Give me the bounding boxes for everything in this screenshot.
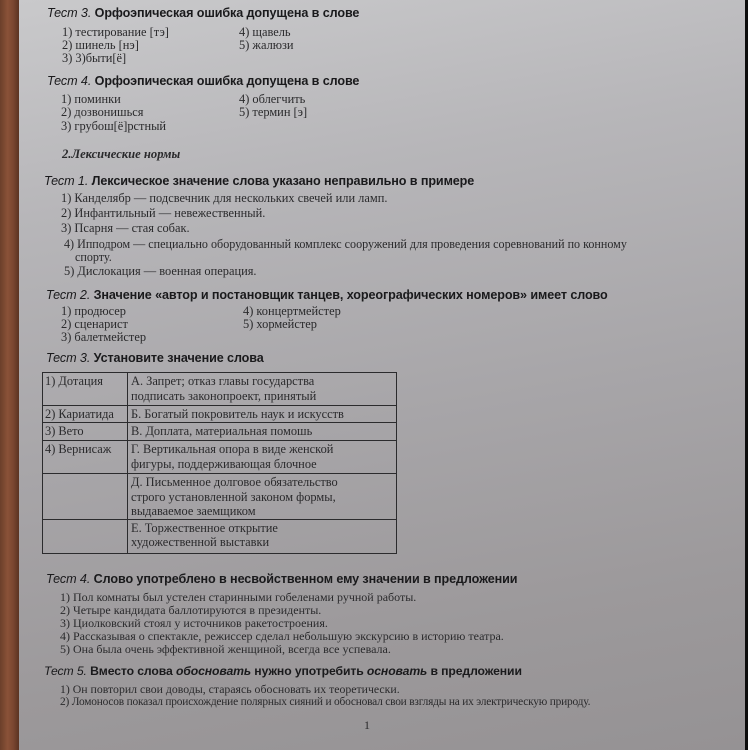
meaning-line: Б. Богатый покровитель наук и искусств bbox=[131, 407, 394, 422]
meaning-cell: Б. Богатый покровитель наук и искусств bbox=[128, 406, 397, 423]
option: 1) Он повторил свои доводы, стараясь обо… bbox=[60, 683, 400, 696]
test-label: Тест 2. bbox=[46, 288, 90, 302]
option: 5) Она была очень эффективной женщиной, … bbox=[60, 643, 391, 656]
test-label: Тест 3. bbox=[47, 6, 91, 20]
test-label: Тест 4. bbox=[47, 74, 91, 88]
meaning-line: Е. Торжественное открытие bbox=[131, 521, 394, 536]
option: 3) Псарня — стая собак. bbox=[61, 222, 190, 235]
option: 5) Дислокация — военная операция. bbox=[64, 265, 257, 278]
test-heading: Тест 4. Слово употреблено в несвойственн… bbox=[46, 572, 517, 586]
test-heading: Тест 3. Установите значение слова bbox=[46, 351, 264, 365]
meaning-cell: А. Запрет; отказ главы государства подпи… bbox=[128, 373, 397, 406]
matching-table: 1) Дотация А. Запрет; отказ главы госуда… bbox=[42, 372, 397, 554]
option: 5) термин [э] bbox=[239, 106, 307, 119]
test-title-part: нужно употребить bbox=[251, 664, 367, 678]
page-number: 1 bbox=[364, 718, 370, 733]
table-row: Е. Торжественное открытие художественной… bbox=[43, 519, 397, 553]
word-cell: 1) Дотация bbox=[43, 373, 128, 406]
test-title: Слово употреблено в несвойственном ему з… bbox=[94, 572, 518, 586]
test-title-emphasis: основать bbox=[367, 664, 427, 678]
word-cell bbox=[43, 519, 128, 553]
test-heading: Тест 5. Вместо слова обосновать нужно уп… bbox=[44, 664, 522, 678]
table-row: 4) Вернисаж Г. Вертикальная опора в виде… bbox=[43, 441, 397, 474]
option: 5) хормейстер bbox=[243, 318, 317, 331]
word-cell: 3) Вето bbox=[43, 423, 128, 441]
meaning-line: В. Доплата, материальная помошь bbox=[131, 424, 394, 439]
meaning-line: Г. Вертикальная опора в виде женской bbox=[131, 442, 394, 457]
test-heading: Тест 4. Орфоэпическая ошибка допущена в … bbox=[47, 74, 359, 88]
test-label: Тест 1. bbox=[44, 174, 88, 188]
meaning-line: выдаваемое заемщиком bbox=[131, 504, 394, 519]
table-row: 2) Кариатида Б. Богатый покровитель наук… bbox=[43, 406, 397, 423]
meaning-line: А. Запрет; отказ главы государства bbox=[131, 374, 394, 389]
option: 2) Ломоносов показал происхождение поляр… bbox=[60, 696, 590, 709]
meaning-line: строго установленной законом формы, bbox=[131, 490, 394, 505]
option: 2) Инфантильный — невежественный. bbox=[61, 207, 265, 220]
test-heading: Тест 1. Лексическое значение слова указа… bbox=[44, 174, 474, 188]
option: 3) грубош[ё]рстный bbox=[61, 120, 166, 133]
test-heading: Тест 2. Значение «автор и постановщик та… bbox=[46, 288, 608, 302]
test-title-emphasis: обосновать bbox=[176, 664, 251, 678]
test-heading: Тест 3. Орфоэпическая ошибка допущена в … bbox=[47, 6, 359, 20]
test-title: Значение «автор и постановщик танцев, хо… bbox=[94, 288, 608, 302]
meaning-line: подписать законопроект, принятый bbox=[131, 389, 394, 404]
test-label: Тест 4. bbox=[46, 572, 90, 586]
word-cell: 2) Кариатида bbox=[43, 406, 128, 423]
table-row: 3) Вето В. Доплата, материальная помошь bbox=[43, 423, 397, 441]
meaning-line: фигуры, поддерживающая блочное bbox=[131, 457, 394, 472]
desk-background bbox=[0, 0, 19, 750]
test-title-part: в предложении bbox=[427, 664, 522, 678]
worksheet-page: Тест 3. Орфоэпическая ошибка допущена в … bbox=[19, 0, 745, 750]
option: 5) жалюзи bbox=[239, 39, 294, 52]
word-cell bbox=[43, 474, 128, 520]
table-row: Д. Письменное долговое обязательство стр… bbox=[43, 474, 397, 520]
test-title: Орфоэпическая ошибка допущена в слове bbox=[95, 6, 360, 20]
meaning-line: художественной выставки bbox=[131, 535, 394, 550]
test-title: Установите значение слова bbox=[94, 351, 264, 365]
option: 3) балетмейстер bbox=[61, 331, 146, 344]
table-row: 1) Дотация А. Запрет; отказ главы госуда… bbox=[43, 373, 397, 406]
meaning-cell: В. Доплата, материальная помошь bbox=[128, 423, 397, 441]
meaning-cell: Д. Письменное долговое обязательство стр… bbox=[128, 474, 397, 520]
meaning-line: Д. Письменное долговое обязательство bbox=[131, 475, 394, 490]
test-label: Тест 3. bbox=[46, 351, 90, 365]
option: 2) дозвонишься bbox=[61, 106, 143, 119]
test-title-part: Вместо слова bbox=[90, 664, 176, 678]
test-title: Орфоэпическая ошибка допущена в слове bbox=[95, 74, 360, 88]
section-heading: 2.Лексические нормы bbox=[62, 147, 180, 162]
meaning-cell: Г. Вертикальная опора в виде женской фиг… bbox=[128, 441, 397, 474]
option: 4) Ипподром — специально оборудованный к… bbox=[64, 238, 627, 251]
option: 3) 3)быти[ё] bbox=[62, 52, 126, 65]
test-title: Лексическое значение слова указано непра… bbox=[92, 174, 475, 188]
option-continuation: спорту. bbox=[75, 251, 112, 264]
word-cell: 4) Вернисаж bbox=[43, 441, 128, 474]
option: 1) Канделябр — подсвечник для нескольких… bbox=[61, 192, 387, 205]
meaning-cell: Е. Торжественное открытие художественной… bbox=[128, 519, 397, 553]
test-label: Тест 5. bbox=[44, 664, 87, 678]
